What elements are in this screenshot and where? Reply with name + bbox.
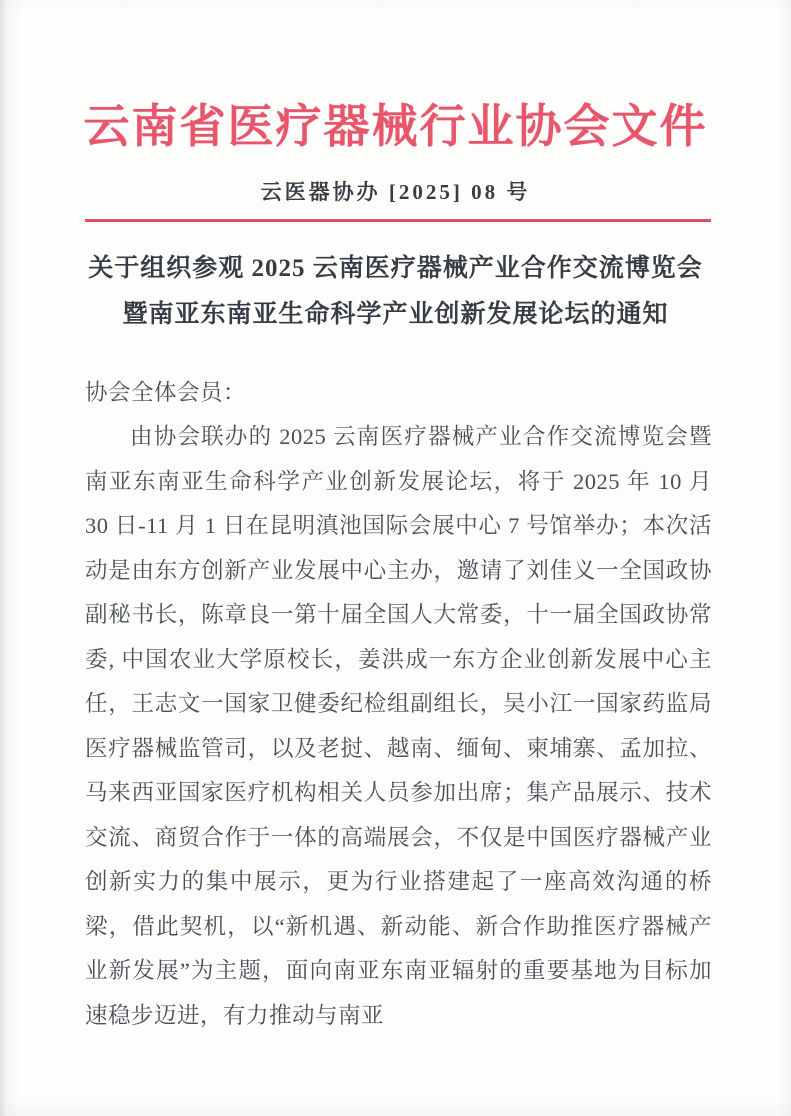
document-number: 云医器协办 [2025] 08 号 xyxy=(0,176,791,206)
body-paragraph: 由协会联办的 2025 云南医疗器械产业合作交流博览会暨南亚东南亚生命科学产业创… xyxy=(85,415,712,1038)
red-divider-line xyxy=(85,219,711,222)
salutation: 协会全体会员： xyxy=(85,371,712,416)
notice-title: 关于组织参观 2025 云南医疗器械产业合作交流博览会 暨南亚东南亚生命科学产业… xyxy=(0,246,791,338)
document-page: 云南省医疗器械行业协会文件 云医器协办 [2025] 08 号 关于组织参观 2… xyxy=(0,0,791,1116)
notice-title-line2: 暨南亚东南亚生命科学产业创新发展论坛的通知 xyxy=(0,292,791,338)
document-body: 协会全体会员： 由协会联办的 2025 云南医疗器械产业合作交流博览会暨南亚东南… xyxy=(85,371,712,1039)
org-header-title: 云南省医疗器械行业协会文件 xyxy=(0,0,791,156)
notice-title-line1: 关于组织参观 2025 云南医疗器械产业合作交流博览会 xyxy=(0,246,791,292)
